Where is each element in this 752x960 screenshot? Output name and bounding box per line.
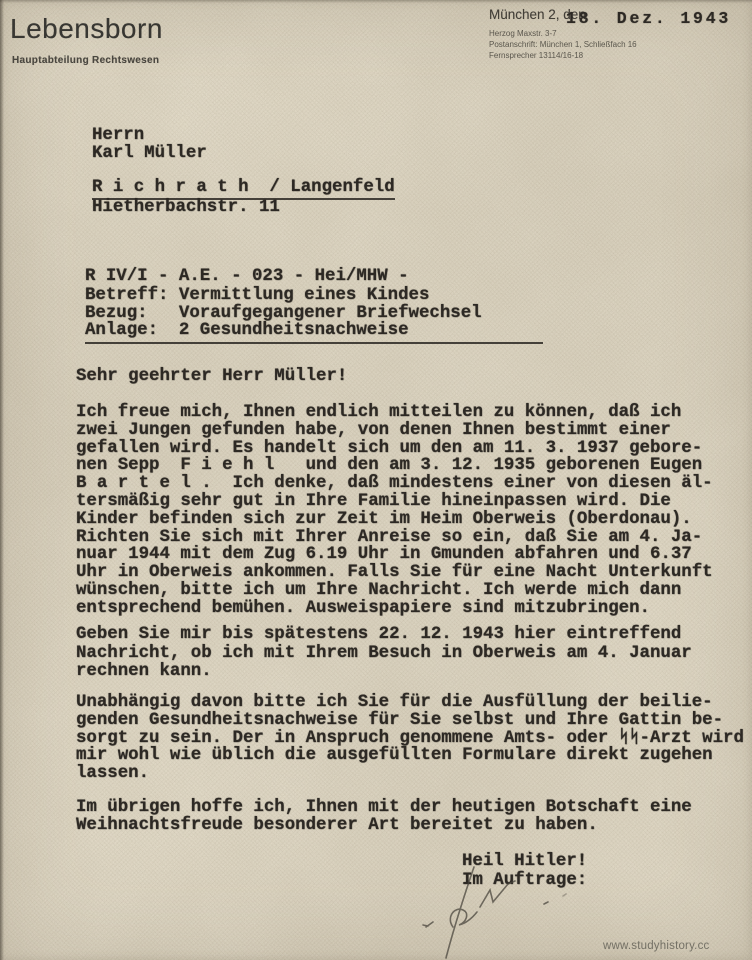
body-paragraph-4: Im übrigen hoffe ich, Ihnen mit der heut… [76, 799, 692, 835]
scan-edge-left [0, 0, 4, 960]
body-paragraph-2: Geben Sie mir bis spätestens 22. 12. 194… [76, 626, 692, 682]
recipient-street-line: Hietherbachstr. 11 [92, 199, 280, 217]
body-paragraph-3: Unabhängig davon bitte ich Sie für die A… [76, 694, 744, 783]
scan-edge-top [0, 0, 752, 3]
file-number-line: R IV/I - A.E. - 023 - Hei/MHW - [85, 268, 409, 286]
watermark-text: www.studyhistory.cc [603, 940, 709, 952]
body-paragraph-1: Ich freue mich, Ihnen endlich mitteilen … [76, 404, 713, 618]
department-line: Hauptabteilung Rechtswesen [12, 55, 159, 66]
scanned-letter-page: Lebensborn Hauptabteilung Rechtswesen Mü… [0, 0, 752, 960]
enclosure-underlined: Anlage: 2 Gesundheitsnachweise [85, 322, 543, 344]
recipient-city-line: R i c h r a t h / Langenfeld [92, 179, 395, 197]
recipient-city-underlined: R i c h r a t h / Langenfeld [92, 178, 395, 200]
letterhead-address-small: Herzog Maxstr. 3-7 Postanschrift: Münche… [489, 28, 637, 61]
org-logo-text: Lebensborn [10, 13, 163, 45]
enclosure-line: Anlage: 2 Gesundheitsnachweise [85, 322, 543, 344]
recipient-name-block: Herrn Karl Müller [92, 127, 207, 163]
subject-line: Betreff: Vermittlung eines Kindes [85, 287, 429, 305]
closing-block: Heil Hitler! Im Auftrage: [462, 852, 587, 890]
typed-date: 18. Dez. 1943 [566, 9, 731, 28]
salutation: Sehr geehrter Herr Müller! [76, 368, 347, 386]
